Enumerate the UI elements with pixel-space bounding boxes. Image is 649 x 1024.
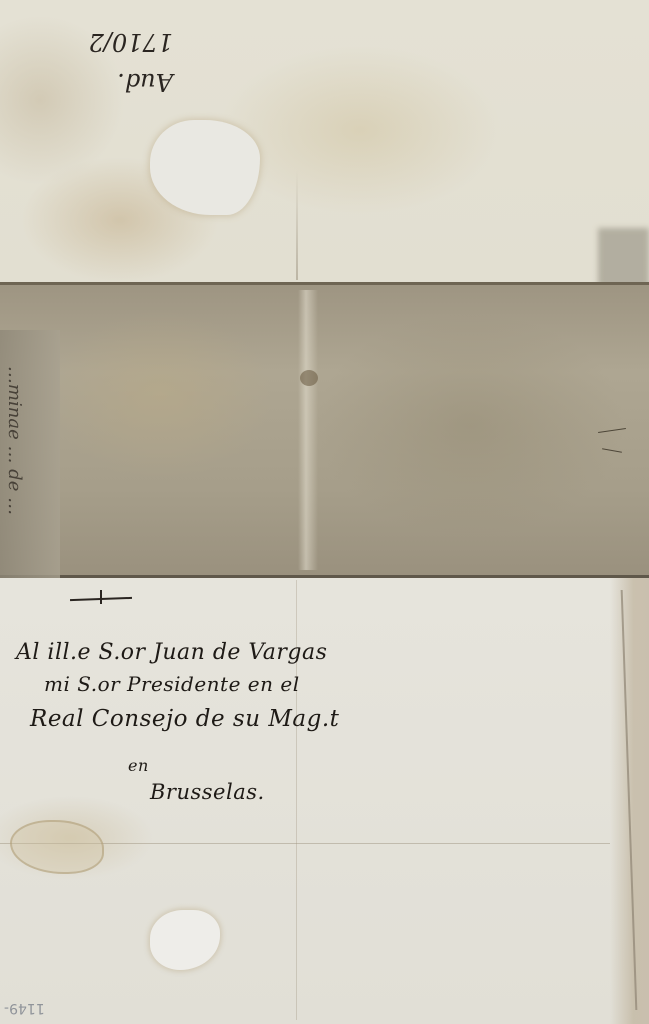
shadow-top-right	[598, 228, 649, 288]
fold-crease-middle	[298, 290, 318, 570]
fold-crease-top	[296, 170, 298, 280]
address-line-3: Real Consejo de su Mag.t	[30, 706, 339, 732]
cross-mark-stroke	[100, 590, 102, 604]
address-line-1: Al ill.e S.or Juan de Vargas	[16, 640, 327, 665]
pencil-catalog-number: 1149-	[4, 1000, 45, 1016]
address-line-5: Brusselas.	[150, 780, 265, 804]
address-line-4: en	[128, 756, 149, 775]
paper-loss-top	[150, 120, 260, 215]
margin-note: …minae … de …	[4, 366, 25, 515]
archive-reference-note: Aud. 1710/2	[78, 22, 173, 102]
address-line-2: mi S.or Presidente en el	[44, 672, 300, 696]
archive-note-line-2: 1710/2	[78, 22, 173, 62]
wax-seal-trace	[300, 370, 318, 386]
manuscript-photo: Aud. 1710/2 …minae … de … Al ill.e S.or …	[0, 0, 649, 1024]
archive-note-line-1: Aud.	[78, 62, 173, 102]
stained-fold-band	[0, 282, 649, 578]
